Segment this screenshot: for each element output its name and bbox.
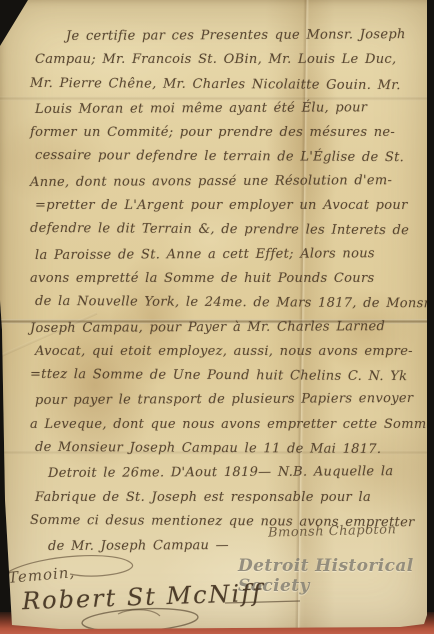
photo-backdrop: Je certifie par ces Presentes que Monsr.… — [0, 0, 434, 634]
letter-line: pour payer le transport de plusieurs Pap… — [35, 387, 412, 413]
letter-line: de Monsieur Joseph Campau le 11 de Mai 1… — [35, 436, 412, 463]
witness-signature: Robert St McNiff — [22, 579, 264, 615]
witness-label: Temoin, — [7, 563, 76, 587]
letter-line: la Paroisse de St. Anne a cett Effet; Al… — [35, 242, 412, 268]
letter-line: Louis Moran et moi même ayant été Élu, p… — [35, 96, 412, 122]
letter-line: Joseph Campau, pour Payer à Mr. Charles … — [30, 315, 412, 341]
letter-line: Campau; Mr. Francois St. OBin, Mr. Louis… — [35, 48, 412, 72]
letter-line: cessaire pour defendre le terrain de L'É… — [35, 144, 412, 171]
letter-line: Detroit le 26me. D'Aout 1819— N.B. Auque… — [48, 460, 412, 486]
letter-line: de la Nouvelle York, le 24me. de Mars 18… — [35, 290, 412, 317]
letter-body: Je certifie par ces Presentes que Monsr.… — [30, 24, 412, 559]
watermark-text: Detroit Historical Society — [238, 556, 434, 596]
document-paper: Je certifie par ces Presentes que Monsr.… — [0, 0, 434, 634]
letter-line: =ttez la Somme de Une Pound huit Chelins… — [30, 363, 412, 390]
letter-line: a Leveque, dont que nous avons empretter… — [30, 413, 412, 437]
letter-line: Anne, dont nous avons passé une Résoluti… — [30, 169, 412, 195]
letter-line: Mr. Pierre Chêne, Mr. Charles Nicolaitte… — [30, 71, 412, 98]
letter-line: Avocat, qui etoit employez, aussi, nous … — [35, 340, 412, 364]
letter-line: Je certifie par ces Presentes que Monsr.… — [66, 23, 412, 49]
letter-line: Fabrique de St. Joseph est responsable p… — [35, 486, 412, 510]
letter-line: former un Commité; pour prendre des mésu… — [30, 121, 412, 145]
letter-line: avons empretté la Somme de huit Pounds C… — [30, 267, 412, 291]
letter-line: defendre le dit Terrain &, de prendre le… — [30, 217, 412, 244]
letter-line: =pretter de L'Argent pour employer un Av… — [35, 194, 412, 218]
